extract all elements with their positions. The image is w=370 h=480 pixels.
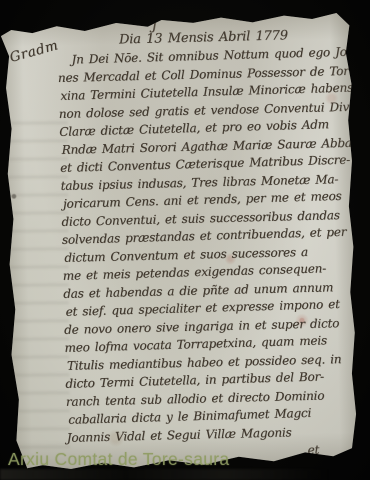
margin-note: Gradm: [8, 39, 60, 65]
archive-watermark: Arxiu Comtat de Tore-saura: [8, 450, 229, 469]
manuscript-page: J Gradm Dia 13 Mensis Abril 1779 Jn Dei …: [1, 12, 362, 472]
photo-background: J Gradm Dia 13 Mensis Abril 1779 Jn Dei …: [0, 0, 370, 480]
manuscript-body: Jn Dei Nōe. Sit omnibus Nottum quod ego …: [57, 44, 353, 447]
manuscript-text: Dia 13 Mensis Abril 1779 Jn Dei Nōe. Sit…: [57, 26, 353, 465]
